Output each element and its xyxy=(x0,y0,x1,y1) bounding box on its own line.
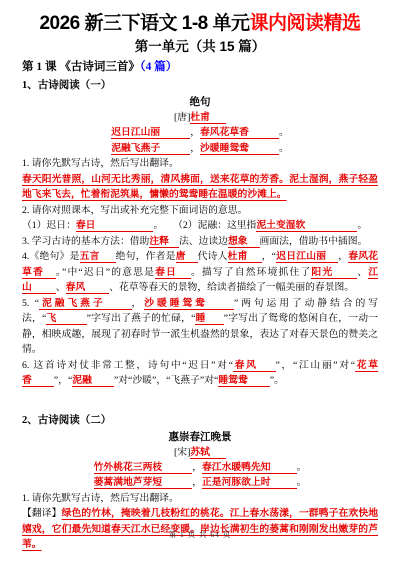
text-run: 5. “ xyxy=(22,298,39,309)
fill-answer: 唐 xyxy=(176,251,198,263)
lesson-heading: 第 1 课 《古诗词三首》（4 篇） xyxy=(22,59,378,75)
text-run: 、花草等春天的景物，给读者描绘了一幅美丽的春景图。 xyxy=(109,282,354,293)
text-run: 。 xyxy=(297,477,307,488)
poet-answer: 苏轼 xyxy=(190,447,226,459)
section-spacer xyxy=(22,389,378,410)
poem-1-author: [唐]杜甫 xyxy=(22,110,378,125)
page-title-black: 2026 新三下语文 1-8 单元 xyxy=(39,13,249,34)
text-run: ， xyxy=(190,143,200,154)
text-run: ， xyxy=(192,477,202,488)
lesson-count-badge: （4 篇） xyxy=(140,61,177,73)
verse-answer: 春风花草香 xyxy=(200,127,279,139)
fill-answer: 春风 xyxy=(66,282,110,294)
text-run: 3. 学习古诗的基本方法：借助 xyxy=(22,236,149,247)
lesson-title: 第 1 课 《古诗词三首》 xyxy=(22,61,140,73)
text-run: 。 xyxy=(279,143,289,154)
question-2: 2. 请你对照课本，写出或补充完整下面词语的意思。 xyxy=(22,203,378,219)
text-run: ”，“ xyxy=(54,375,73,386)
document-page: 2026 新三下语文 1-8 单元课内阅读精选 第一单元（共 15 篇） 第 1… xyxy=(0,0,400,566)
verse-answer: 迟日江山丽 xyxy=(111,127,190,139)
poem-2-author: [宋]苏轼 xyxy=(22,445,378,460)
question-2-items: （1）迟日：春日。 （2）泥融：这里指泥土变湿软。 xyxy=(22,218,378,234)
section-2-heading: 2、古诗阅读（二） xyxy=(22,413,378,428)
text-run: 4.《绝句》是 xyxy=(22,251,80,262)
text-run: 、 xyxy=(357,267,368,278)
text-run: 法、边读边 xyxy=(179,236,228,247)
question-1: 1. 请你先默写古诗，然后写出翻译。 xyxy=(22,156,378,172)
fill-answer: 睡 xyxy=(195,313,223,325)
poem-1-title: 绝句 xyxy=(22,95,378,110)
text-run: 、 xyxy=(56,282,66,293)
dynasty-label: [唐] xyxy=(174,112,190,123)
fill-answer: 阳光 xyxy=(311,267,357,279)
text-run: ， xyxy=(192,462,202,473)
fill-answer: 睡鸳鸯 xyxy=(218,375,269,387)
text-run: （2）泥融：这里指 xyxy=(178,220,256,231)
dynasty-label: [宋] xyxy=(174,447,190,458)
page-title-red: 课内阅读精选 xyxy=(250,13,361,34)
fill-answer: 春风 xyxy=(233,360,276,372)
verse-answer: 春江水暖鸭先知 xyxy=(202,462,297,474)
page-number-footer: 第 1 页 共 64 页 xyxy=(0,529,400,540)
fill-answer: 泥融 xyxy=(72,375,114,387)
text-run: ， xyxy=(132,298,145,309)
verse-answer: 泥融飞燕子 xyxy=(111,143,190,155)
fill-answer: 沙暖睡鸳鸯 xyxy=(144,298,234,310)
verse-answer: 竹外桃花三两枝 xyxy=(94,462,193,474)
text-run: ， xyxy=(190,127,200,138)
unit-heading: 第一单元（共 15 篇） xyxy=(22,38,378,56)
text-run: ”对“沙暖”，“飞燕子”对“ xyxy=(114,375,218,386)
poem-2-line-1: 竹外桃花三两枝，春江水暖鸭先知。 xyxy=(22,460,378,476)
question-3: 3. 学习古诗的基本方法：借助注释法、边读边想象画面法，借助书中插图。 xyxy=(22,234,378,250)
poem-1-line-1: 迟日江山丽，春风花草香。 xyxy=(22,125,378,141)
fill-answer: 五言 xyxy=(80,251,116,263)
definition-answer: 泥土变湿软 xyxy=(256,220,357,232)
text-run xyxy=(158,220,178,231)
text-run: 。 xyxy=(279,127,289,138)
fill-answer: 迟日江山丽 xyxy=(276,251,338,263)
text-run: 代诗人 xyxy=(198,251,228,262)
poem-2-line-2: 蒌蒿满地芦芽短，正是河豚欲上时。 xyxy=(22,475,378,491)
text-run: ”字写出了燕子的忙碌，“ xyxy=(87,313,196,324)
page-title: 2026 新三下语文 1-8 单元课内阅读精选 xyxy=(22,12,378,36)
text-run: 绝句，作者是 xyxy=(116,251,176,262)
fill-answer: 想象 xyxy=(228,236,260,248)
fill-answer: 泥融飞燕子 xyxy=(39,298,131,310)
section-1-heading: 1、古诗阅读（一） xyxy=(22,78,378,93)
verse-answer: 蒌蒿满地芦芽短 xyxy=(94,477,193,489)
text-run: 。”中“迟日”的意思是 xyxy=(56,267,155,278)
question-1-poem-2: 1. 请你先默写古诗，然后写出翻译。 xyxy=(22,491,378,507)
text-run: （1）迟日： xyxy=(22,220,76,231)
fill-answer: 飞 xyxy=(46,313,86,325)
translation-label: 【翻译】 xyxy=(22,508,62,519)
poem-2-title: 惠崇春江晚景 xyxy=(22,430,378,445)
fill-answer: 春日 xyxy=(155,267,191,279)
text-run: ， xyxy=(338,251,348,262)
translation-answer-1: 春天阳光普照，山河无比秀丽，清风拂面，送来花草的芳香。泥土湿润，燕子轻盈地飞来飞… xyxy=(22,172,378,203)
poem-1-line-2: 泥融飞燕子，沙暖睡鸳鸯。 xyxy=(22,141,378,157)
text-run: 。 xyxy=(297,462,307,473)
verse-answer: 正是河豚欲上时 xyxy=(202,477,297,489)
text-run: ，“ xyxy=(262,251,276,262)
fill-answer: 杜甫 xyxy=(228,251,262,263)
text-run: ”。 xyxy=(270,375,284,386)
text-run: 画面法，借助书中插图。 xyxy=(260,236,368,247)
fill-answer: 注释 xyxy=(149,236,179,248)
text-run: 。 xyxy=(357,220,367,231)
text-run: ”，“江山丽”对“ xyxy=(276,360,356,371)
question-4: 4.《绝句》是五言绝句，作者是唐代诗人杜甫，“迟日江山丽，春风花草香。”中“迟日… xyxy=(22,249,378,296)
question-6: 6. 这首诗对仗非常工整，诗句中“迟日”对“春风”，“江山丽”对“花草香”，“泥… xyxy=(22,358,378,389)
definition-answer: 春日 xyxy=(76,220,154,232)
text-run: 6. 这首诗对仗非常工整，诗句中“迟日”对“ xyxy=(22,360,233,371)
question-5: 5. “泥融飞燕子，沙暖睡鸳鸯”两句运用了动静结合的写法，“飞”字写出了燕子的忙… xyxy=(22,296,378,358)
text-run: 。描写了自然环境抓住了 xyxy=(191,267,311,278)
verse-answer: 沙暖睡鸳鸯 xyxy=(200,143,279,155)
poet-answer: 杜甫 xyxy=(190,112,226,124)
